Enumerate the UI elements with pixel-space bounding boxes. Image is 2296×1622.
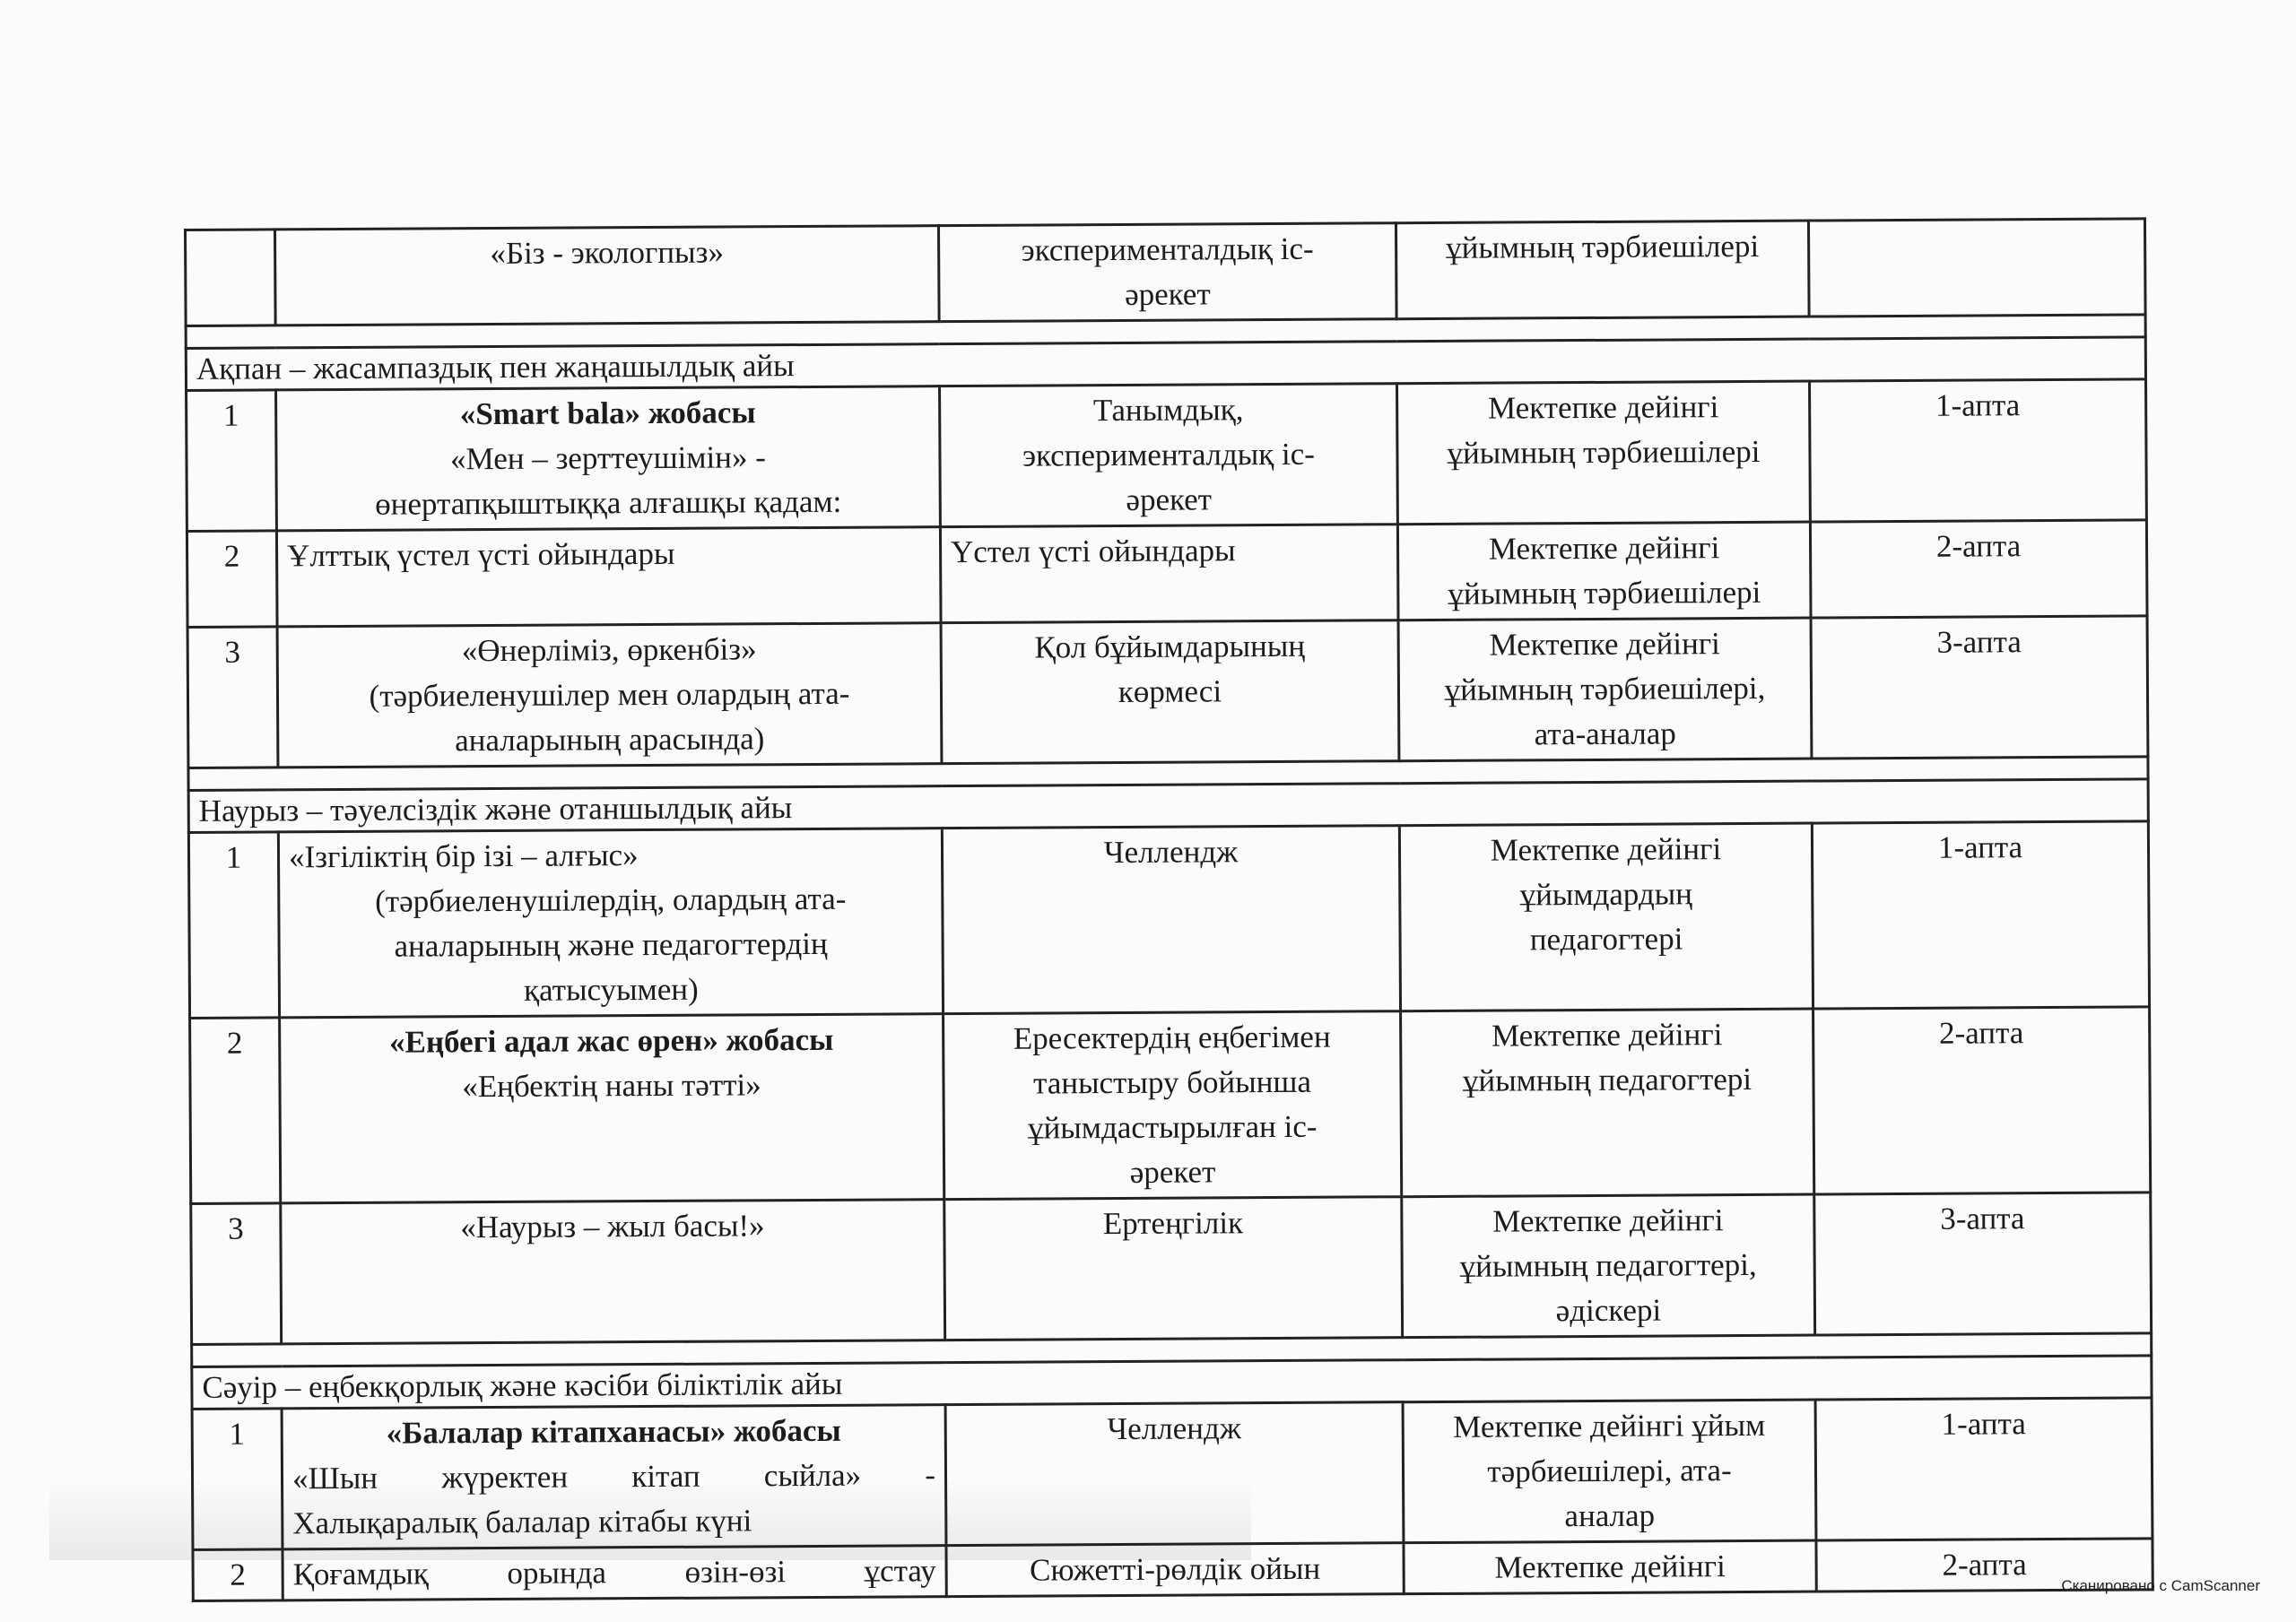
cell-responsible: Мектепке дейінгіұйымның тәрбиешілері,ата… <box>1398 618 1812 761</box>
form-line: экспериментaлдық іс- <box>949 226 1386 273</box>
cell-event: «Өнерліміз, өркенбіз»(тәрбиеленушілер ме… <box>277 623 942 768</box>
cell-time: 1-апта <box>1812 821 2149 1009</box>
table-row: 3«Наурыз – жыл басы!»ЕртеңгілікМектепке … <box>191 1193 2152 1345</box>
table-row: 2Ұлттық үстел үсті ойындарыҮстел үсті ой… <box>187 520 2147 628</box>
cell-time: 3-апта <box>1814 1193 2152 1335</box>
responsible-line: ұйымның тәрбиешілері <box>1408 570 1800 618</box>
events-plan-table: «Біз - экологпыз» экспериментaлдық іс- ә… <box>184 217 2154 1602</box>
responsible-line: Мектепке дейінгі <box>1409 621 1801 669</box>
cell-event: «Еңбегі адал жас өрен» жобасы«Еңбектің н… <box>280 1014 944 1203</box>
event-line: (тәрбиеленушілер мен олардың ата- <box>288 671 931 719</box>
cell-time: 3-апта <box>1811 616 2148 759</box>
table-row: 1«Smart bala» жобасы«Мен – зерттеушімін»… <box>187 379 2147 532</box>
form-line: Қол бұйымдарының <box>952 623 1388 671</box>
responsible-line: әдіскері <box>1413 1288 1805 1335</box>
cell-form: Сюжетті-рөлдік ойын <box>946 1543 1404 1597</box>
form-line: Челлендж <box>956 1405 1393 1453</box>
form-line: әрекет <box>954 1149 1391 1196</box>
event-line: «Балалар кітапханасы» жобасы <box>292 1408 935 1456</box>
cell-number: 2 <box>190 1018 281 1204</box>
cell-event: Ұлттық үстел үсті ойындары <box>276 527 941 627</box>
responsible-line: ұйымның тәрбиешілері <box>1407 429 1799 477</box>
table-row: 2Қоғамдық орында өзін-өзі ұстауСюжетті-р… <box>193 1539 2152 1601</box>
event-line: «Мен – зерттеушімін» - <box>286 434 929 482</box>
form-line: әрекет <box>951 476 1387 524</box>
cell-responsible: Мектепке дейінгі <box>1404 1540 1816 1594</box>
responsible-line: Мектепке дейінгі <box>1413 1544 1805 1592</box>
cell-number: 1 <box>192 1409 283 1550</box>
cell-form: Ересектердің еңбегіментаныстыру бойыншаұ… <box>944 1011 1402 1200</box>
cell-event: «Наурыз – жыл басы!» <box>281 1200 945 1344</box>
form-line: әрекет <box>949 271 1386 318</box>
event-line: аналарының арасында) <box>288 716 931 764</box>
responsible-line: Мектепке дейінгі <box>1412 1198 1804 1245</box>
responsible-line: ұйымдардың <box>1410 872 1802 919</box>
cell-number: 2 <box>193 1549 283 1601</box>
event-line: «Еңбектің наны тәтті» <box>290 1062 933 1110</box>
cell-responsible: Мектепке дейінгіұйымның тәрбиешілері <box>1397 381 1811 525</box>
form-line: Ересектердің еңбегімен <box>953 1014 1390 1062</box>
responsible-line: ұйымның тәрбиешілері, <box>1409 666 1801 714</box>
cell-number: 3 <box>187 627 278 768</box>
table-row: 1«Балалар кітапханасы» жобасы«Шын жүрект… <box>192 1398 2152 1550</box>
responsible-line: аналар <box>1413 1493 1805 1540</box>
form-line: экспериментaлдық іс- <box>950 431 1387 479</box>
form-line: Челлендж <box>952 828 1389 876</box>
responsible-line: Мектепке дейінгі ұйым <box>1413 1403 1805 1451</box>
event-line: (тәрбиеленушілердің, олардың ата- <box>289 876 932 924</box>
responsible-line: педагогтері <box>1410 916 1802 964</box>
cell-number: 1 <box>187 390 277 532</box>
cell-time <box>1808 219 2145 317</box>
table-row: 2«Еңбегі адал жас өрен» жобасы«Еңбектің … <box>190 1007 2151 1204</box>
form-line: таныстыру бойынша <box>953 1059 1390 1106</box>
event-line: Ұлттық үстел үсті ойындары <box>287 530 930 578</box>
event-line: аналарының және педагогтердің <box>289 921 932 969</box>
form-line: ұйымдастырылған іс- <box>954 1104 1391 1151</box>
responsible-line: Мектепке дейінгі <box>1411 1012 1803 1060</box>
event-line: «Smart bala» жобасы <box>286 389 929 438</box>
form-line: көрмесі <box>952 668 1388 716</box>
cell-time: 2-апта <box>1813 1007 2151 1194</box>
form-line: Үстел үсті ойындары <box>951 527 1387 575</box>
cell-responsible: Мектепке дейінгіұйымның тәрбиешілері <box>1397 522 1811 620</box>
cell-number: 1 <box>188 832 279 1019</box>
responsible-line: Мектепке дейінгі <box>1408 525 1800 573</box>
cell-form: экспериментaлдық іс- әрекет <box>938 223 1396 322</box>
cell-event: «Біз - экологпыз» <box>275 226 940 325</box>
event-line: «Ізгіліктің бір ізі – алғыс» <box>289 831 932 880</box>
event-line: «Еңбегі адал жас өрен» жобасы <box>290 1017 933 1065</box>
cell-number <box>186 230 276 326</box>
event-line: өнертапқыштыққа алғашқы қадам: <box>287 479 930 527</box>
event-line: қатысуымен) <box>290 966 933 1014</box>
cell-responsible: Мектепке дейінгіұйымдардыңпедагогтері <box>1399 823 1813 1011</box>
cell-responsible: Мектепке дейінгі ұйымтәрбиешілері, ата-а… <box>1403 1400 1816 1543</box>
event-line: «Өнерліміз, өркенбіз» <box>288 626 931 674</box>
cell-responsible: ұйымның тәрбиешілері <box>1396 221 1809 319</box>
camscanner-watermark: Сканировано с CamScanner <box>2061 1577 2260 1595</box>
cell-event: «Балалар кітапханасы» жобасы«Шын жүректе… <box>282 1405 946 1549</box>
cell-responsible: Мектепке дейінгіұйымның педагогтері <box>1401 1009 1814 1197</box>
responsible-line: ұйымның педагогтері, <box>1413 1243 1805 1290</box>
form-line: Сюжетті-рөлдік ойын <box>956 1546 1393 1593</box>
cell-form: Танымдық,экспериментaлдық іс-әрекет <box>940 384 1398 527</box>
cell-number: 3 <box>191 1203 282 1345</box>
cell-form: Ертеңгілік <box>944 1197 1403 1340</box>
cell-number: 2 <box>187 531 277 628</box>
table-row-continued: «Біз - экологпыз» экспериментaлдық іс- ә… <box>186 219 2146 326</box>
form-line: Ертеңгілік <box>954 1200 1391 1247</box>
responsible-line: ата-аналар <box>1409 711 1801 759</box>
cell-event: Қоғамдық орында өзін-өзі ұстау <box>283 1546 946 1600</box>
cell-event: «Smart bala» жобасы«Мен – зерттеушімін» … <box>276 386 941 531</box>
event-line: Қоғамдық орында өзін-өзі ұстау <box>293 1548 936 1597</box>
responsible-line: ұйымның педагогтері <box>1411 1057 1803 1105</box>
table-row: 1«Ізгіліктің бір ізі – алғыс»(тәрбиелену… <box>188 821 2149 1019</box>
cell-event: «Ізгіліктің бір ізі – алғыс»(тәрбиеленуш… <box>278 828 943 1018</box>
cell-time: 1-апта <box>1810 379 2147 522</box>
form-line: Танымдық, <box>950 386 1387 434</box>
responsible-line: тәрбиешілері, ата- <box>1413 1448 1805 1496</box>
cell-form: Үстел үсті ойындары <box>940 525 1398 623</box>
plan-table-container: «Біз - экологпыз» экспериментaлдық іс- ә… <box>184 217 2152 1602</box>
table-row: 3«Өнерліміз, өркенбіз»(тәрбиеленушілер м… <box>187 616 2148 768</box>
cell-form: Челлендж <box>945 1402 1404 1546</box>
cell-responsible: Мектепке дейінгіұйымның педагогтері,әдіс… <box>1402 1194 1815 1338</box>
event-line: Халықаралық балалар кітабы күні <box>292 1497 935 1546</box>
cell-time: 2-апта <box>1810 520 2147 618</box>
responsible-line: Мектепке дейінгі <box>1407 385 1799 432</box>
cell-form: Челлендж <box>942 826 1400 1014</box>
responsible-line: ұйымның тәрбиешілері <box>1406 224 1798 272</box>
event-line: «Наурыз – жыл басы!» <box>291 1202 934 1251</box>
cell-form: Қол бұйымдарыныңкөрмесі <box>941 620 1399 764</box>
cell-time: 1-апта <box>1815 1398 2152 1540</box>
responsible-line: Мектепке дейінгі <box>1410 827 1802 874</box>
event-line: «Шын жүректен кітап сыйла» - <box>292 1453 935 1501</box>
